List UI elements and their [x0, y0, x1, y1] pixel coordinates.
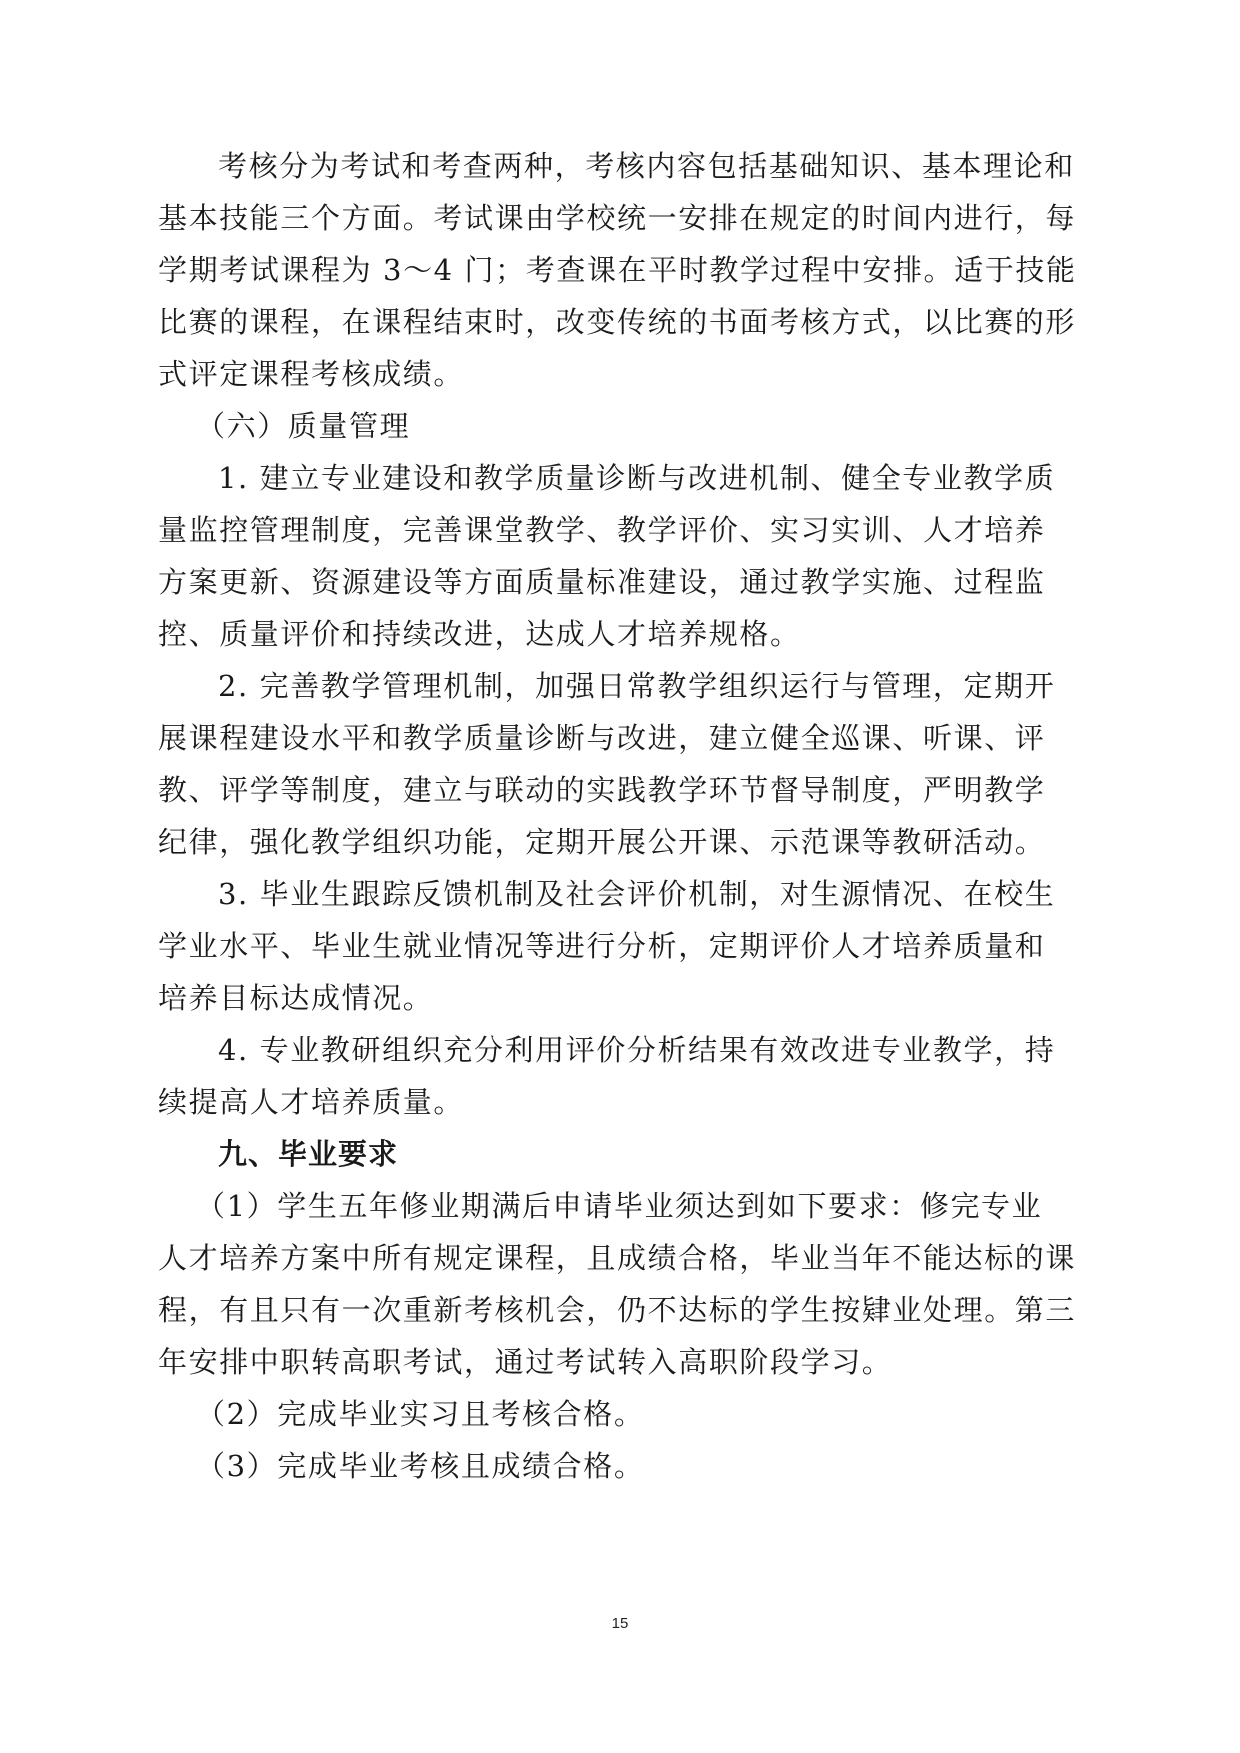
section-heading: 九、毕业要求 — [218, 1134, 1148, 1174]
text-line: 式评定课程考核成绩。 — [158, 354, 1088, 394]
text-line: 考核分为考试和考查两种，考核内容包括基础知识、基本理论和 — [218, 146, 1088, 186]
text-line: 培养目标达成情况。 — [158, 978, 1088, 1018]
paragraph-requirement-2: （2）完成毕业实习且考核合格。 — [196, 1394, 1126, 1434]
text-line: （1）学生五年修业期满后申请毕业须达到如下要求：修完专业 — [196, 1186, 1088, 1226]
text-line: 人才培养方案中所有规定课程，且成绩合格，毕业当年不能达标的课 — [158, 1238, 1088, 1278]
text-line: 量监控管理制度，完善课堂教学、教学评价、实习实训、人才培养 — [158, 510, 1088, 550]
page-number: 15 — [0, 1615, 1240, 1632]
text-line: 控、质量评价和持续改进，达成人才培养规格。 — [158, 614, 1088, 654]
section-subheading: （六）质量管理 — [196, 406, 1126, 446]
text-line: 学期考试课程为 3～4 门；考查课在平时教学过程中安排。适于技能 — [158, 250, 1088, 290]
text-line: 比赛的课程，在课程结束时，改变传统的书面考核方式，以比赛的形 — [158, 302, 1088, 342]
text-line: 年安排中职转高职考试，通过考试转入高职阶段学习。 — [158, 1342, 1088, 1382]
text-line: 3. 毕业生跟踪反馈机制及社会评价机制，对生源情况、在校生 — [218, 874, 1088, 914]
paragraph-requirement-3: （3）完成毕业考核且成绩合格。 — [196, 1446, 1126, 1486]
text-line: 教、评学等制度，建立与联动的实践教学环节督导制度，严明教学 — [158, 770, 1088, 810]
text-line: 基本技能三个方面。考试课由学校统一安排在规定的时间内进行，每 — [158, 198, 1088, 238]
text-line: 方案更新、资源建设等方面质量标准建设，通过教学实施、过程监 — [158, 562, 1088, 602]
text-line: 2. 完善教学管理机制，加强日常教学组织运行与管理，定期开 — [218, 666, 1088, 706]
text-line: 纪律，强化教学组织功能，定期开展公开课、示范课等教研活动。 — [158, 822, 1088, 862]
text-line: 1. 建立专业建设和教学质量诊断与改进机制、健全专业教学质 — [218, 458, 1088, 498]
text-line: 展课程建设水平和教学质量诊断与改进，建立健全巡课、听课、评 — [158, 718, 1088, 758]
text-line: 续提高人才培养质量。 — [158, 1082, 1088, 1122]
document-page: 考核分为考试和考查两种，考核内容包括基础知识、基本理论和 基本技能三个方面。考试… — [0, 0, 1240, 1753]
text-line: 学业水平、毕业生就业情况等进行分析，定期评价人才培养质量和 — [158, 926, 1088, 966]
text-line: 程，有且只有一次重新考核机会，仍不达标的学生按肄业处理。第三 — [158, 1290, 1088, 1330]
text-line: 4. 专业教研组织充分利用评价分析结果有效改进专业教学，持 — [218, 1030, 1088, 1070]
